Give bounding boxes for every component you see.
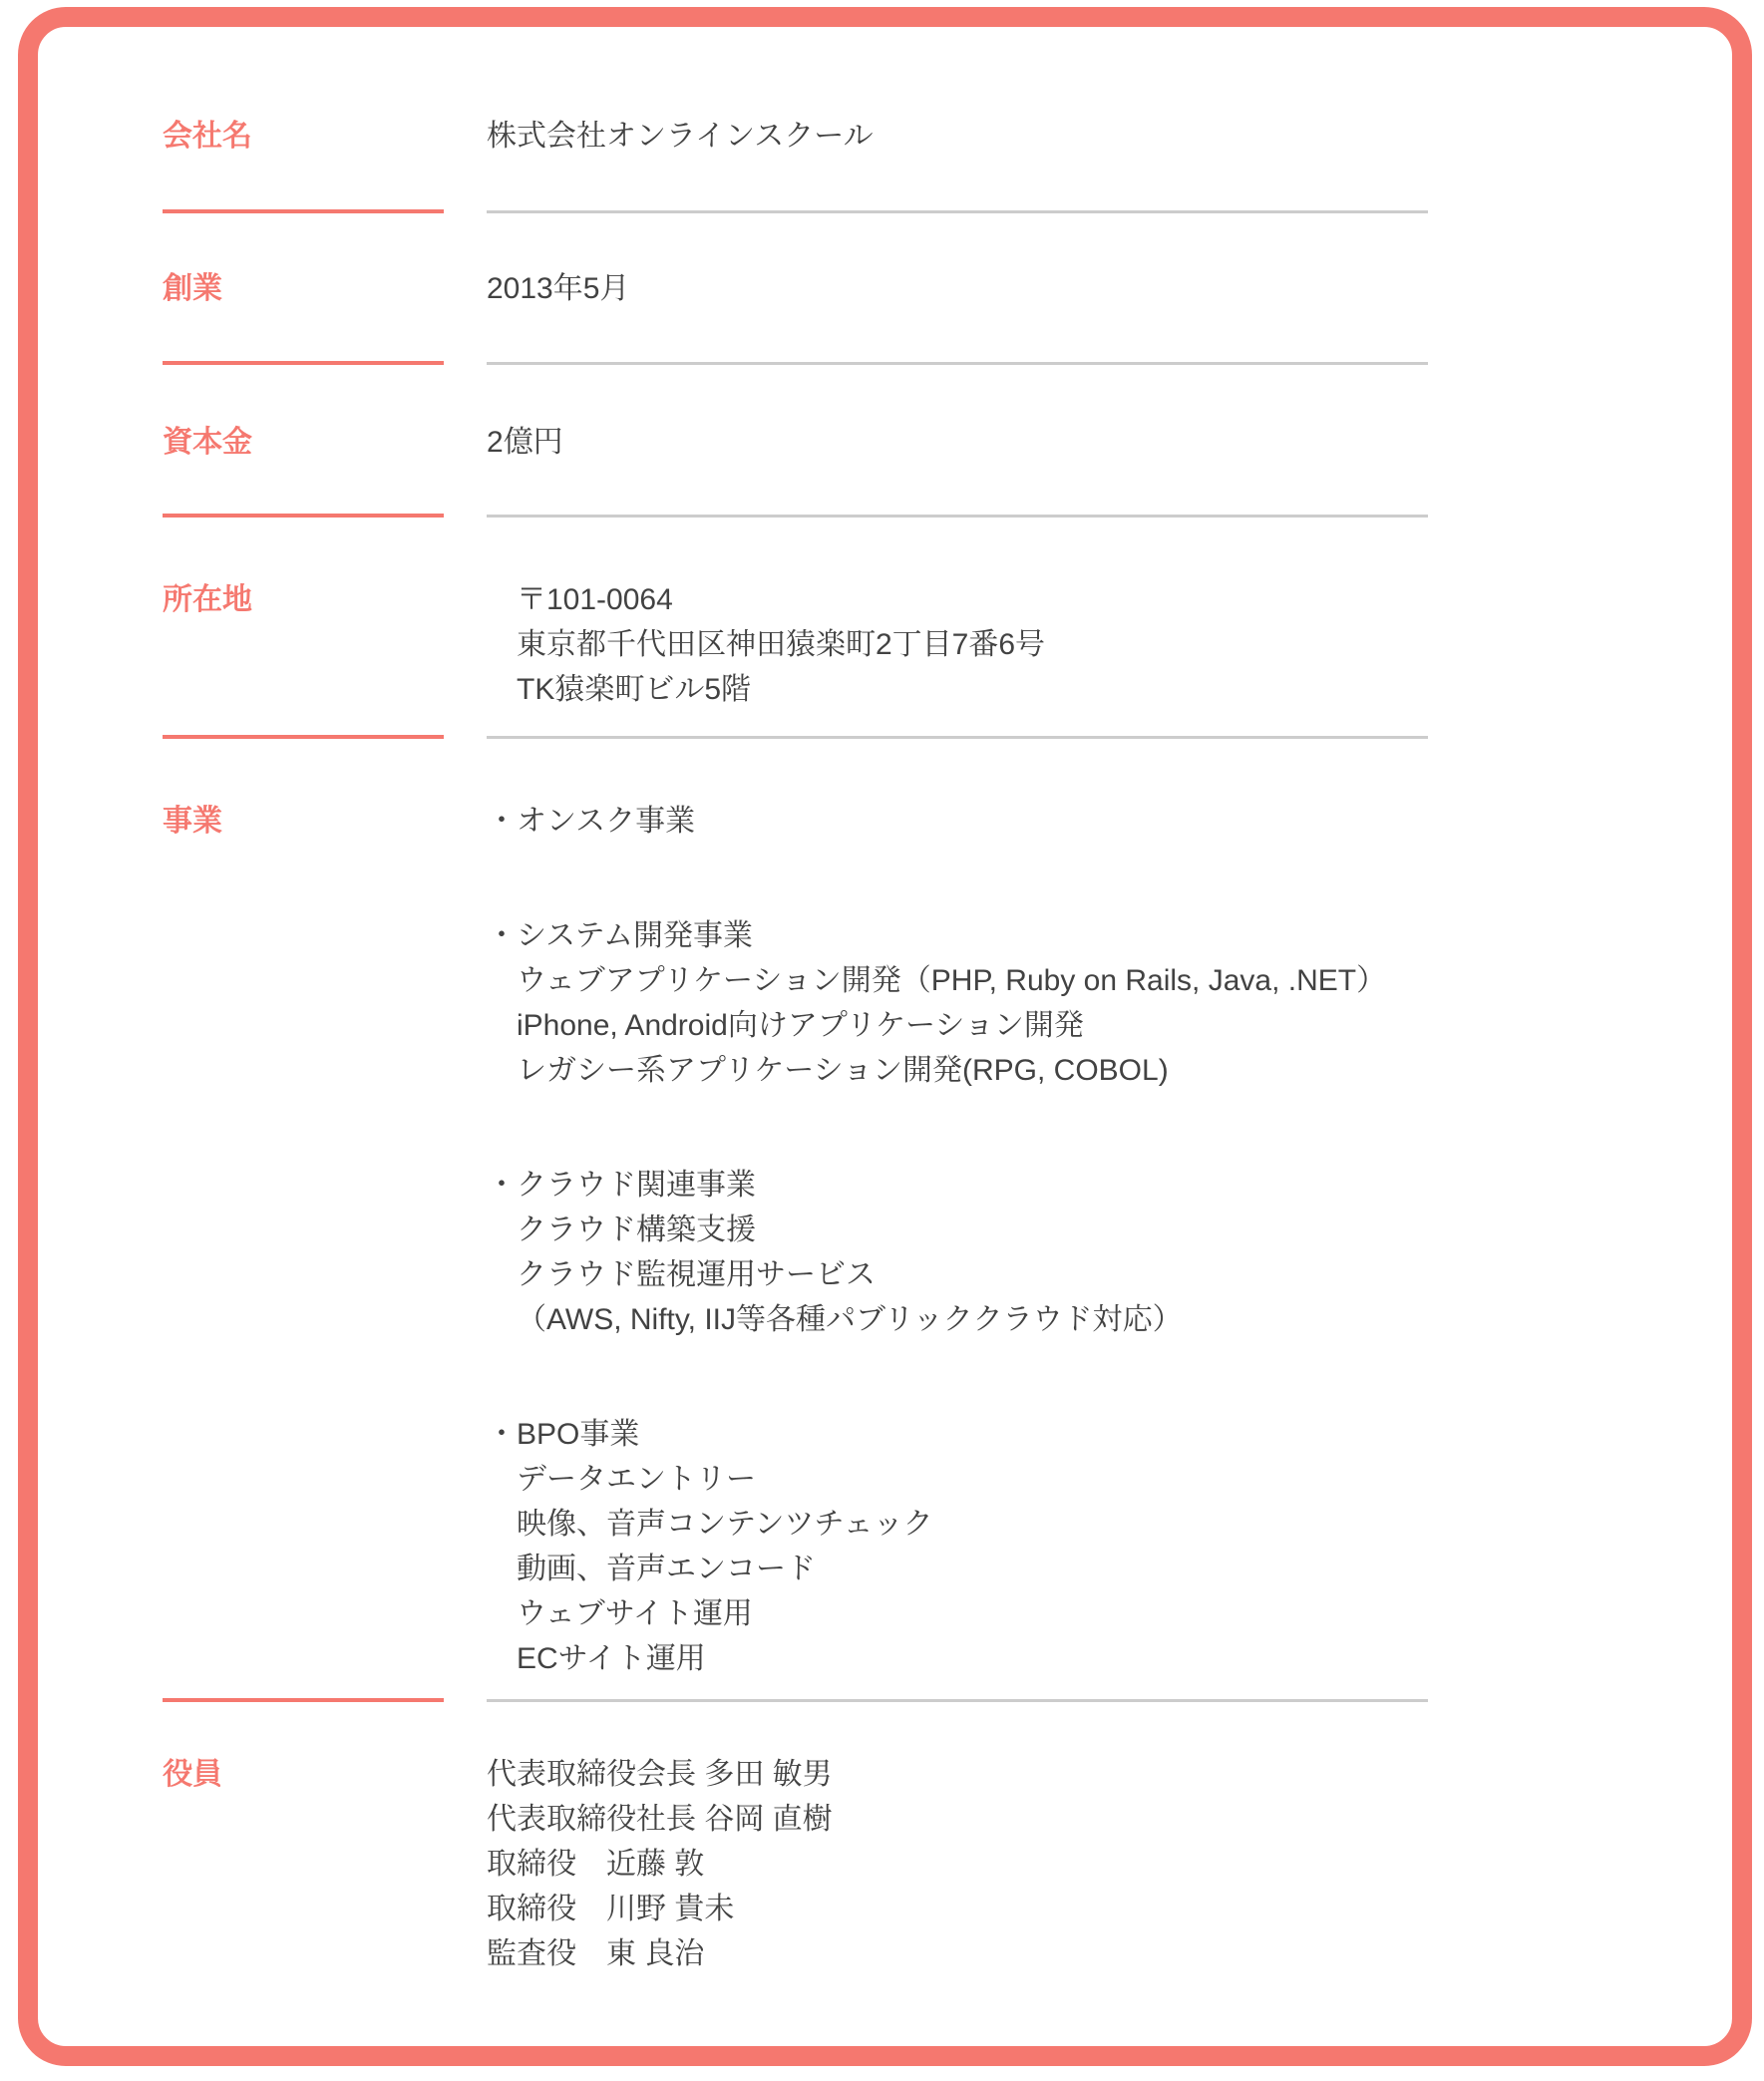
business-group-line: iPhone, Android向けアプリケーション開発 [487,1003,1428,1048]
row-value-founded: 2013年5月 [487,213,1428,365]
business-group-line: クラウド監視運用サービス [487,1252,1428,1297]
row-label-officers: 役員 [163,1702,444,2046]
business-group-line: レガシー系アプリケーション開発(RPG, COBOL) [487,1048,1428,1093]
company-profile-table: 会社名 株式会社オンラインスクール 創業 2013年5月 資本金 2億円 所在地… [163,27,1428,2046]
row-capital: 資本金 2億円 [163,365,1428,518]
officer-line: 代表取締役社長 谷岡 直樹 [487,1797,1428,1842]
row-founded: 創業 2013年5月 [163,213,1428,365]
row-label-business: 事業 [163,739,444,1702]
row-value-company-name: 株式会社オンラインスクール [487,27,1428,213]
business-group-title: ・クラウド関連事業 [487,1163,1428,1208]
officer-line: 監査役 東 良治 [487,1931,1428,1976]
address-building: TK猿楽町ビル5階 [517,667,1428,712]
row-label-founded: 創業 [163,213,444,365]
business-group-system-dev: ・システム開発事業 ウェブアプリケーション開発（PHP, Ruby on Rai… [487,913,1428,1093]
business-group-cloud: ・クラウド関連事業 クラウド構築支援 クラウド監視運用サービス （AWS, Ni… [487,1163,1428,1342]
address-street: 東京都千代田区神田猿楽町2丁目7番6号 [517,622,1428,667]
row-officers: 役員 代表取締役会長 多田 敏男 代表取締役社長 谷岡 直樹 取締役 近藤 敦 … [163,1702,1428,2046]
officer-line: 取締役 近藤 敦 [487,1842,1428,1887]
business-group-line: ウェブアプリケーション開発（PHP, Ruby on Rails, Java, … [487,958,1428,1003]
business-group-title: ・BPO事業 [487,1412,1428,1457]
row-label-company-name: 会社名 [163,27,444,213]
officer-line: 代表取締役会長 多田 敏男 [487,1752,1428,1797]
business-group-line: クラウド構築支援 [487,1208,1428,1252]
business-group-bpo: ・BPO事業 データエントリー 映像、音声コンテンツチェック 動画、音声エンコー… [487,1412,1428,1681]
business-group-line: ECサイト運用 [487,1636,1428,1681]
row-business: 事業 ・オンスク事業 ・システム開発事業 ウェブアプリケーション開発（PHP, … [163,739,1428,1702]
row-value-address: 〒101-0064 東京都千代田区神田猿楽町2丁目7番6号 TK猿楽町ビル5階 [487,518,1428,739]
row-label-capital: 資本金 [163,365,444,518]
row-company-name: 会社名 株式会社オンラインスクール [163,27,1428,213]
row-label-address: 所在地 [163,518,444,739]
row-value-officers: 代表取締役会長 多田 敏男 代表取締役社長 谷岡 直樹 取締役 近藤 敦 取締役… [487,1702,1428,2046]
business-group-onsuku: ・オンスク事業 [487,799,1428,844]
address-postal-code: 〒101-0064 [517,577,1428,622]
business-group-line: ウェブサイト運用 [487,1591,1428,1636]
row-address: 所在地 〒101-0064 東京都千代田区神田猿楽町2丁目7番6号 TK猿楽町ビ… [163,518,1428,739]
business-group-line: データエントリー [487,1457,1428,1502]
officer-line: 取締役 川野 貴未 [487,1887,1428,1931]
business-group-line: 動画、音声エンコード [487,1547,1428,1591]
business-group-title: ・オンスク事業 [487,799,1428,844]
row-value-capital: 2億円 [487,365,1428,518]
business-group-title: ・システム開発事業 [487,913,1428,958]
row-value-business: ・オンスク事業 ・システム開発事業 ウェブアプリケーション開発（PHP, Rub… [487,739,1428,1702]
business-group-line: （AWS, Nifty, IIJ等各種パブリッククラウド対応） [487,1297,1428,1342]
business-group-line: 映像、音声コンテンツチェック [487,1502,1428,1547]
